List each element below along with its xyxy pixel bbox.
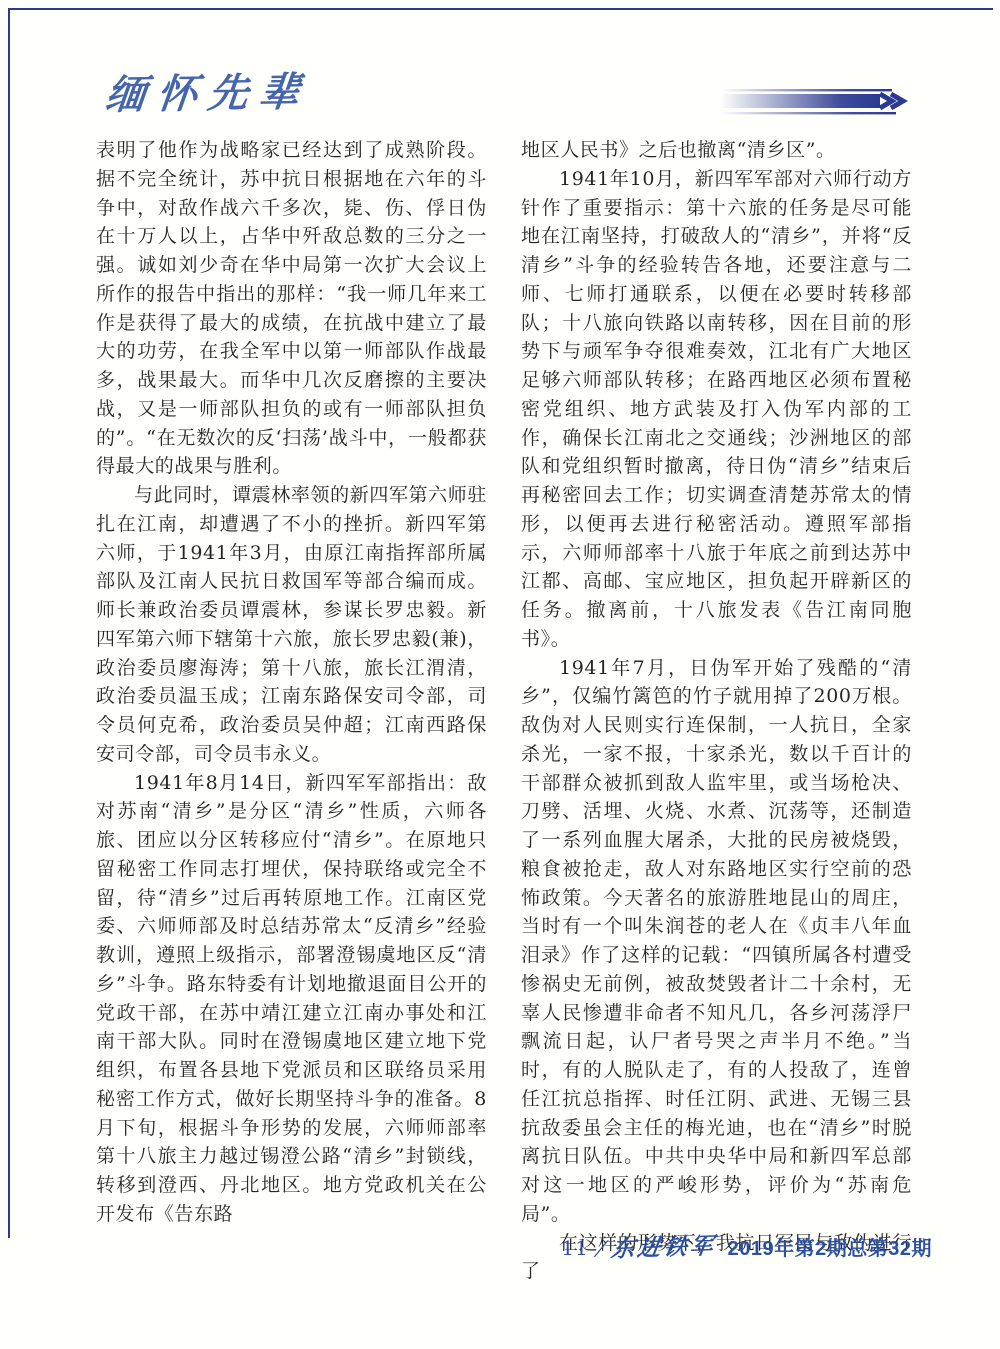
footer-separator: /: [594, 1236, 609, 1260]
right-text-column: 地区人民书》之后也撤离“清乡区”。 1941年10月，新四军军部对六师行动方针作…: [521, 136, 912, 1286]
page-left-rule: [8, 8, 10, 1238]
column-title-calligraphy: 缅怀先辈: [103, 68, 312, 120]
paragraph: 1941年7月，日伪军开始了残酷的“清乡”，仅编竹篱笆的竹子就用掉了200万根。…: [521, 654, 912, 1229]
page-top-rule: [8, 8, 993, 10]
paragraph-continuation: 表明了他作为战略家已经达到了成熟阶段。据不完全统计，苏中抗日根据地在六年的斗争中…: [96, 136, 487, 481]
magazine-page: 缅怀先辈 表明了他作为战略家已经达到了成熟阶段。据不完全统计，苏中抗日根据地在六…: [0, 0, 1000, 1349]
header-arrow-decoration: [720, 86, 920, 118]
paragraph: 1941年8月14日，新四军军部指出：敌对苏南“清乡”是分区“清乡”性质，六师各…: [96, 769, 487, 1229]
paragraph-continuation: 地区人民书》之后也撤离“清乡区”。: [521, 136, 912, 165]
left-text-column: 表明了他作为战略家已经达到了成熟阶段。据不完全统计，苏中抗日根据地在六年的斗争中…: [96, 136, 487, 1229]
issue-info: 2019年第2期总第32期: [728, 1232, 932, 1261]
magazine-title-logo: 东进铁军: [609, 1227, 718, 1264]
page-number: 11: [561, 1236, 588, 1260]
chevron-right-icon: [720, 86, 920, 118]
page-footer: 11 / 东进铁军 2019年第2期总第32期: [561, 1229, 932, 1262]
paragraph: 1941年10月，新四军军部对六师行动方针作了重要指示：第十六旅的任务是尽可能地…: [521, 165, 912, 654]
paragraph: 与此同时，谭震林率领的新四军第六师驻扎在江南，却遭遇了不小的挫折。新四军第六师，…: [96, 481, 487, 769]
